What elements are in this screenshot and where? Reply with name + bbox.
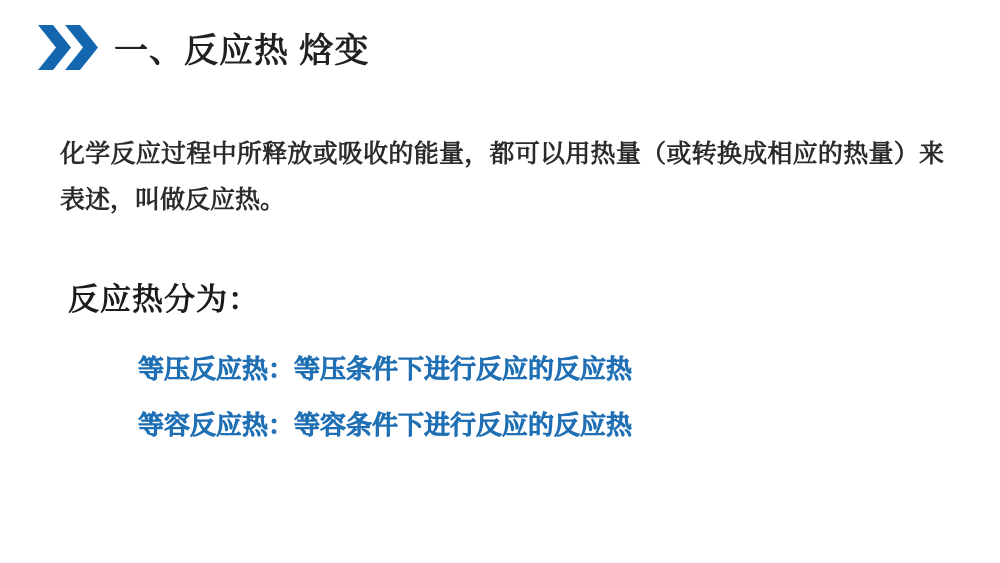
double-chevron-right-icon [38,25,98,70]
slide-header: 一、反应热 焓变 [38,24,369,70]
list-item-constant-pressure: 等压反应热：等压条件下进行反应的反应热 [138,349,632,386]
list-item-constant-volume: 等容反应热：等容条件下进行反应的反应热 [138,405,632,442]
presentation-slide: 一、反应热 焓变 化学反应过程中所释放或吸收的能量，都可以用热量（或转换成相应的… [0,0,1000,563]
reaction-heat-type-list: 等压反应热：等压条件下进行反应的反应热 等容反应热：等容条件下进行反应的反应热 [138,349,632,442]
subheading: 反应热分为： [68,274,260,319]
slide-title: 一、反应热 焓变 [114,23,369,72]
definition-text: 化学反应过程中所释放或吸收的能量，都可以用热量（或转换成相应的热量）来表述，叫做… [60,131,944,223]
